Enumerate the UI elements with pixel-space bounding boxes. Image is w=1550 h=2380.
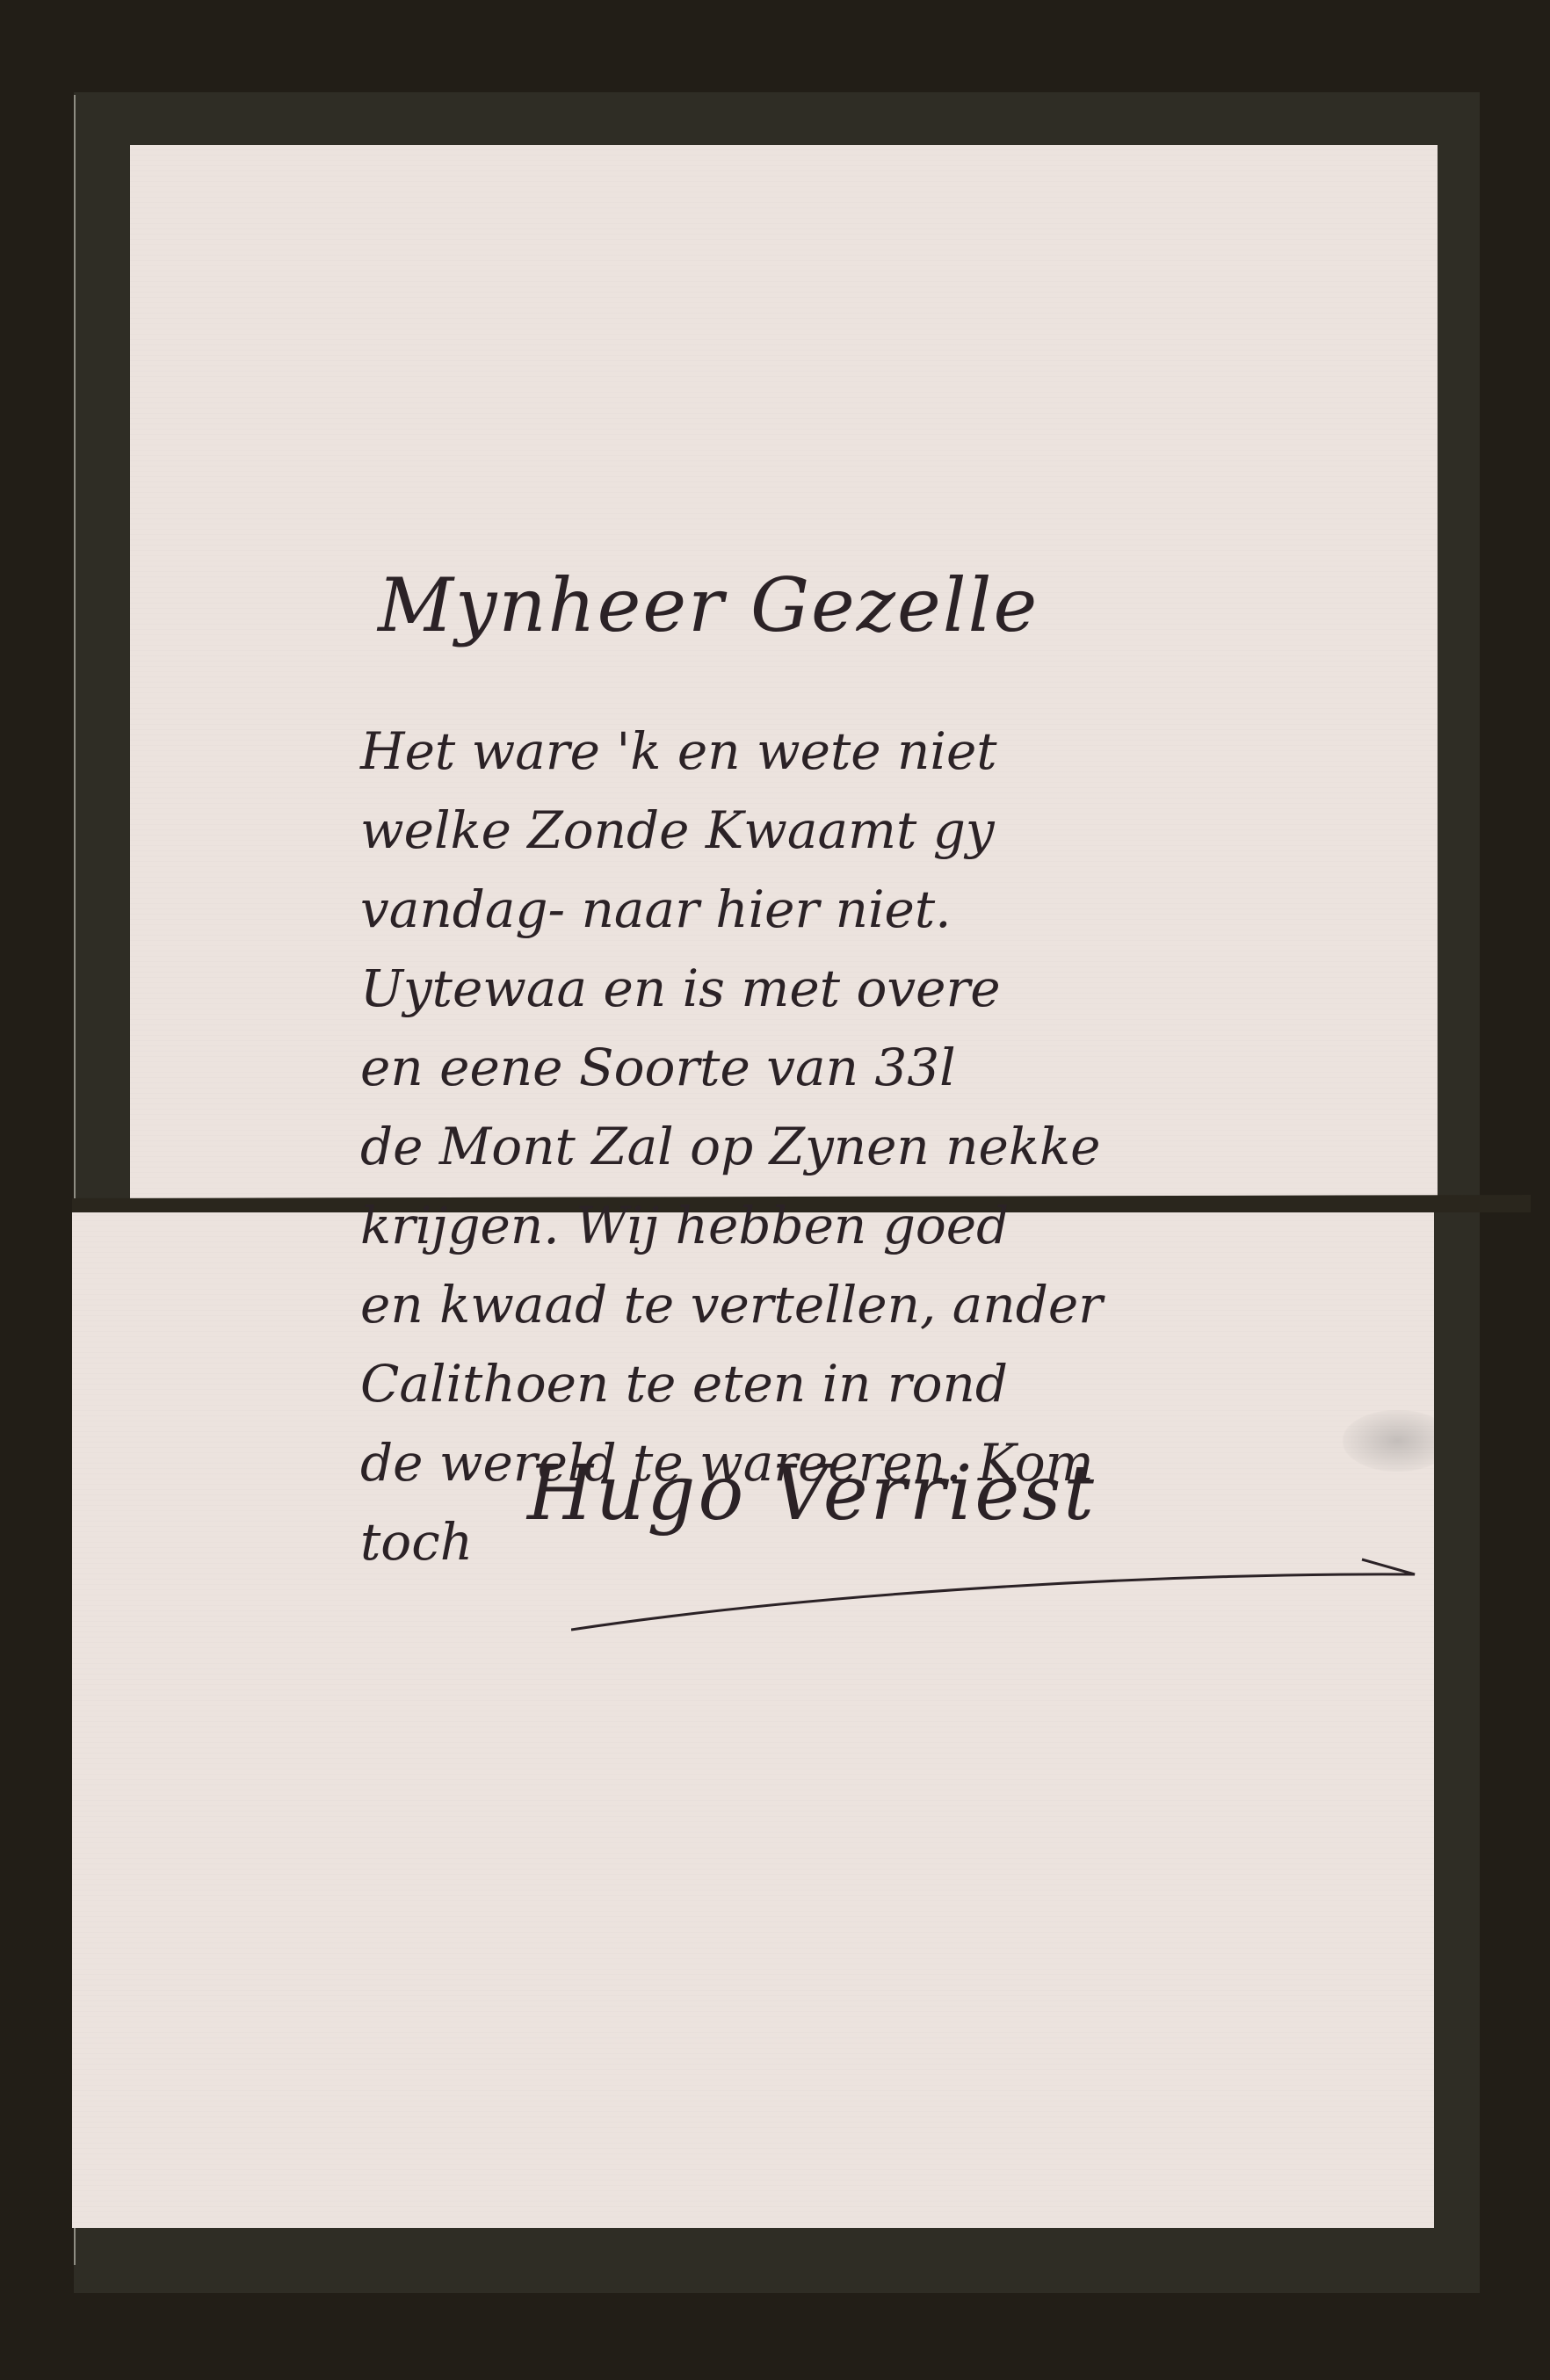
body-line: Uytewaa en is met overe xyxy=(360,949,1103,1028)
signature-flourish-underline xyxy=(571,1555,1423,1634)
body-line: krijgen. Wij hebben goed xyxy=(360,1186,1103,1265)
letter-signature: Hugo Verriest xyxy=(527,1450,1097,1537)
body-line: en eene Soorte van 33l xyxy=(360,1028,1103,1107)
body-line: de Mont Zal op Zynen nekke xyxy=(360,1107,1103,1186)
body-line: Calithoen te eten in rond xyxy=(360,1344,1103,1423)
body-line: en kwaad te vertellen, ander xyxy=(360,1265,1103,1344)
body-line: vandag- naar hier niet. xyxy=(360,870,1103,949)
water-stain xyxy=(1343,1410,1434,1472)
body-line: welke Zonde Kwaamt gy xyxy=(360,791,1103,870)
letter-salutation: Mynheer Gezelle xyxy=(378,562,1039,648)
body-line: Het ware 'k en wete niet xyxy=(360,712,1103,791)
